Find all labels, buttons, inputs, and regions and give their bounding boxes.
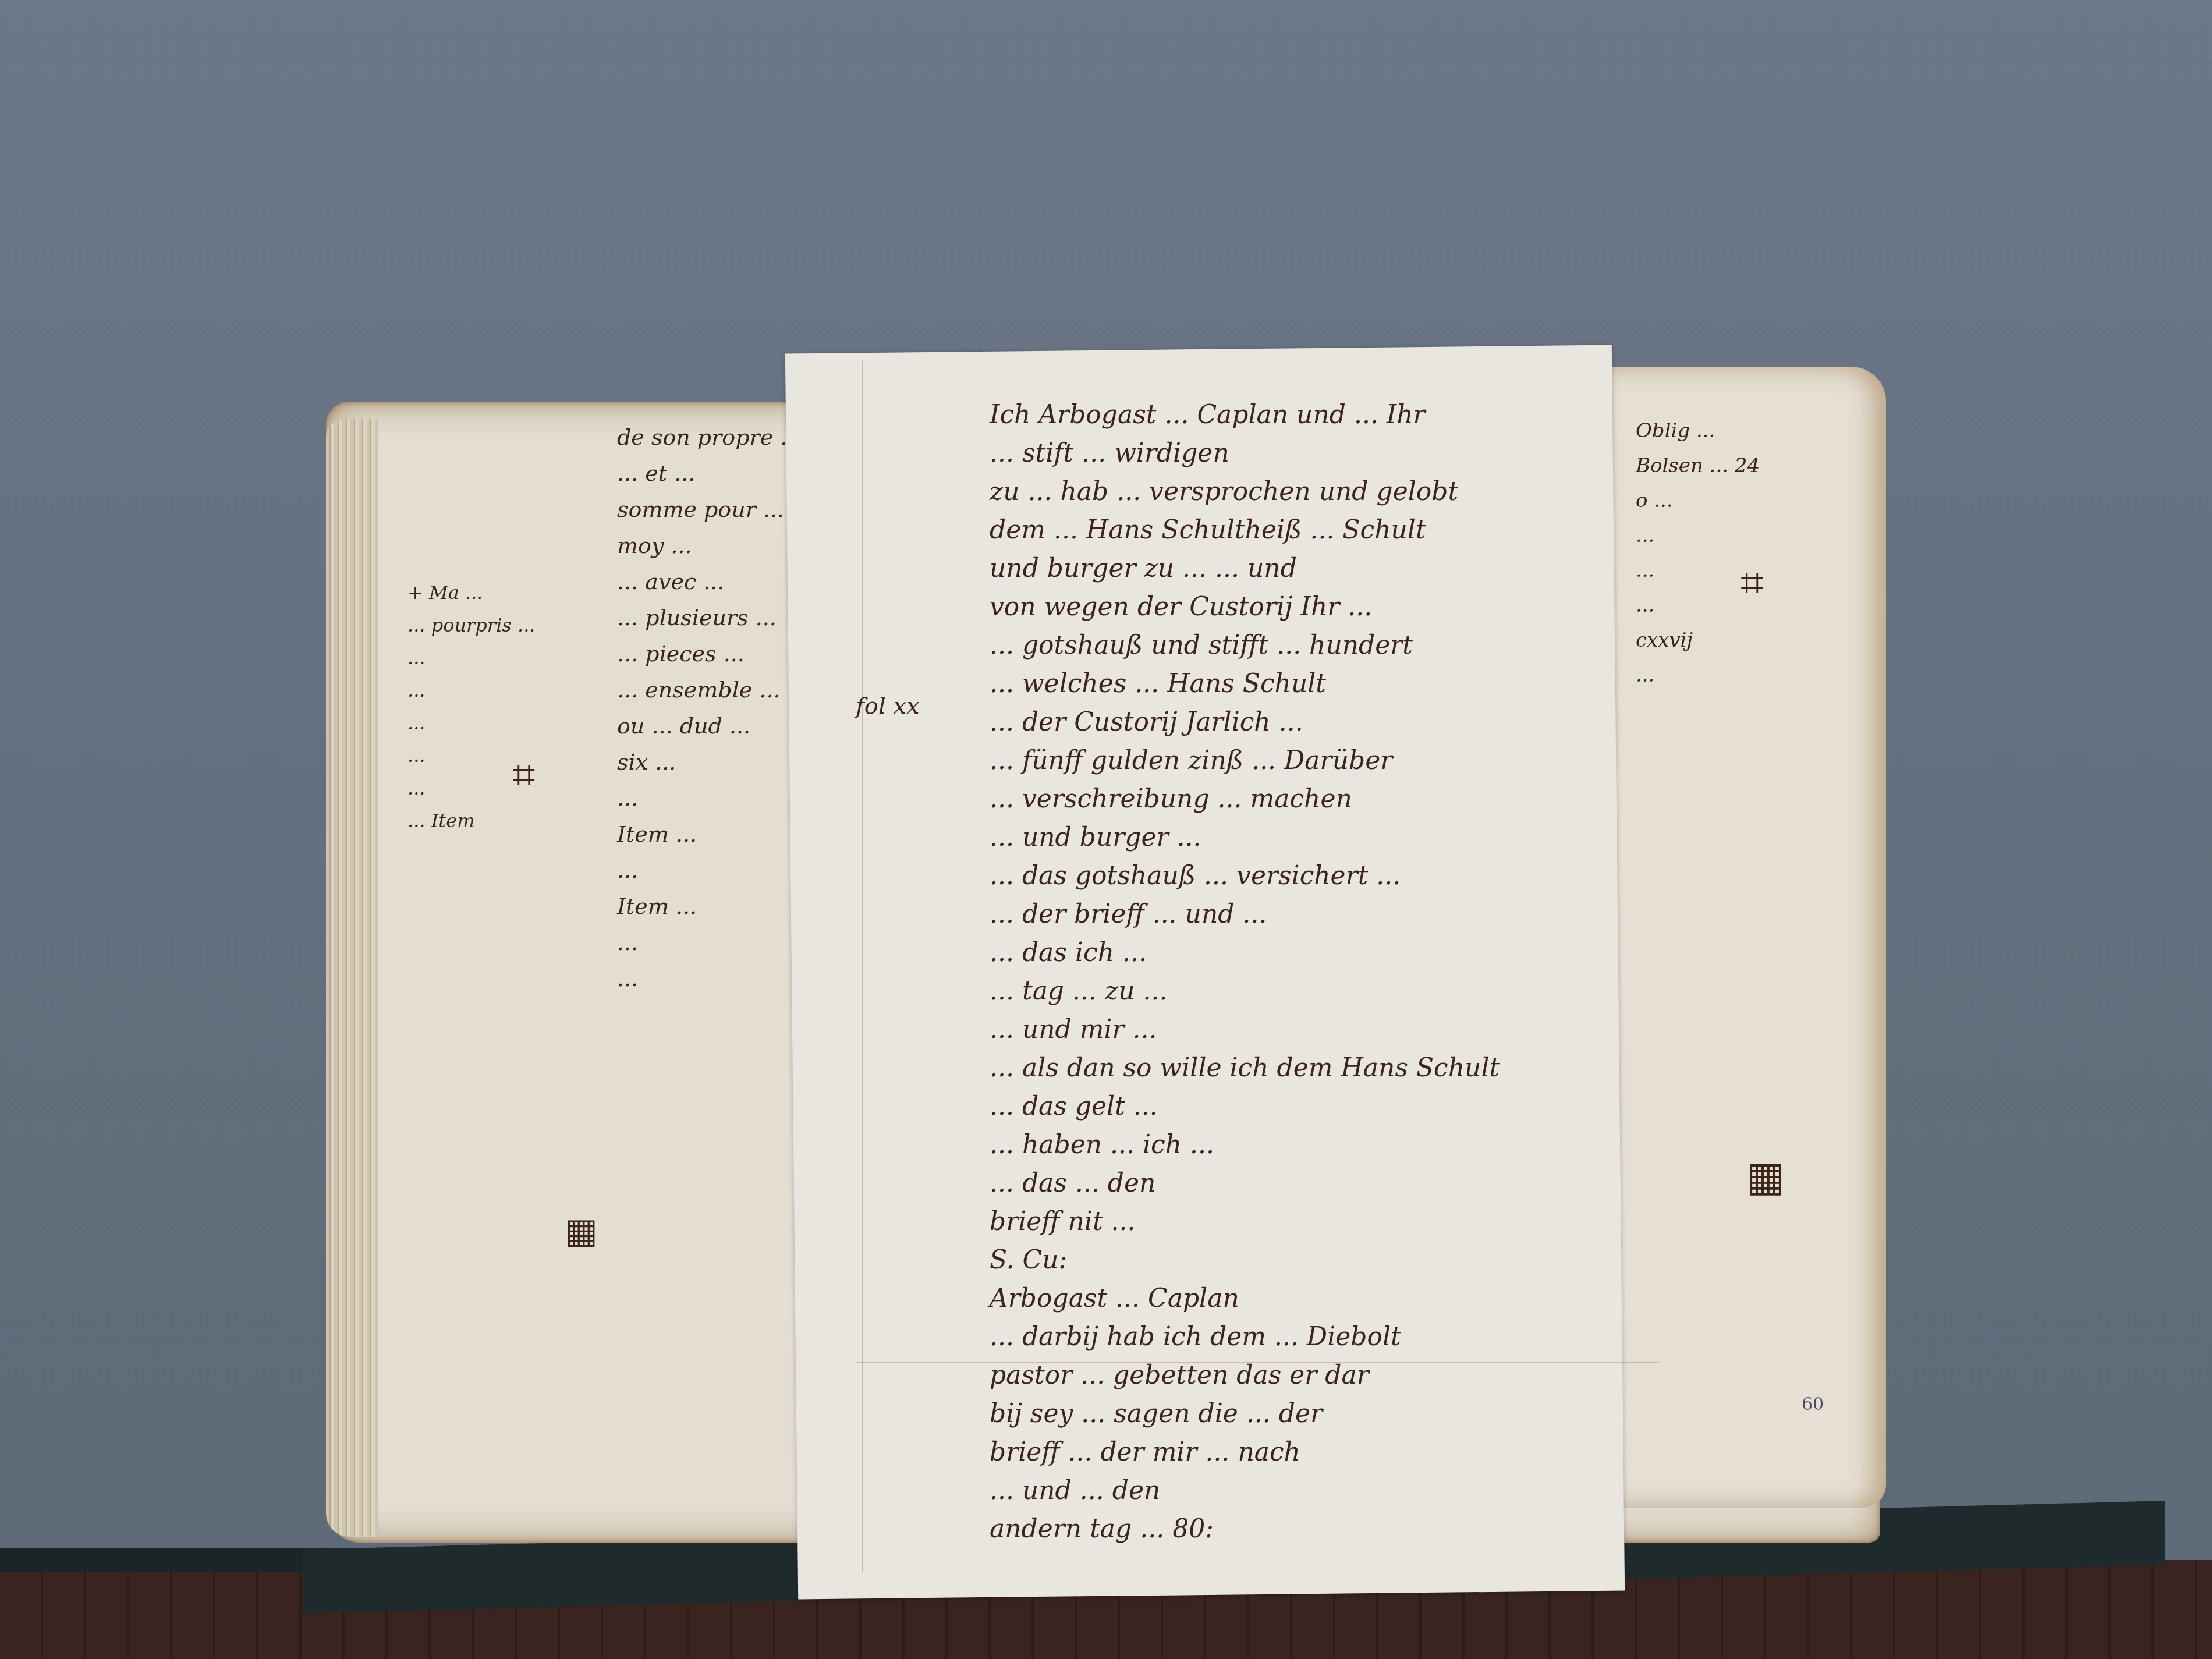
text-line: ... das ich ... xyxy=(990,934,1500,972)
text-line: Oblig ... xyxy=(1636,413,1760,448)
text-line: ... fünff gulden zinß ... Darüber xyxy=(990,742,1500,780)
text-line: ... et ... xyxy=(617,455,802,491)
text-line: ... avec ... xyxy=(617,563,802,600)
letter-fold-vertical xyxy=(862,361,863,1572)
text-line: ... das ... den xyxy=(990,1164,1500,1203)
notary-mark-left-bottom: ▦ xyxy=(565,1211,598,1252)
text-line: moy ... xyxy=(617,527,802,563)
text-line: Item ... xyxy=(617,816,802,852)
text-line: ... stift ... wirdigen xyxy=(990,434,1500,473)
notary-mark-right-bottom: ▦ xyxy=(1746,1153,1785,1200)
text-line: + Ma ... xyxy=(407,576,535,609)
text-line: ... plusieurs ... xyxy=(617,600,802,636)
text-line: andern tag ... 80: xyxy=(990,1510,1500,1548)
letter-margin-note: fol xx xyxy=(856,693,920,719)
text-line: six ... xyxy=(617,744,802,780)
text-line: ... xyxy=(617,780,802,816)
text-line: pastor ... gebetten das er dar xyxy=(990,1356,1500,1395)
text-line: bij sey ... sagen die ... der xyxy=(990,1395,1500,1433)
text-line: ... tag ... zu ... xyxy=(990,972,1500,1011)
text-line: und burger zu ... ... und xyxy=(990,550,1500,588)
text-line: brieff nit ... xyxy=(990,1203,1500,1241)
left-page-text: de son propre ...... et ...somme pour ..… xyxy=(617,419,802,997)
text-line: dem ... Hans Schultheiß ... Schult xyxy=(990,511,1500,550)
text-line: ... das gotshauß ... versichert ... xyxy=(990,857,1500,895)
notary-mark-right: ⌗ xyxy=(1740,559,1763,607)
text-line: zu ... hab ... versprochen und gelobt xyxy=(990,473,1500,511)
right-page-text: Oblig ...Bolsen ... 24o ............ cxx… xyxy=(1636,413,1760,693)
text-line: ... xyxy=(1636,658,1760,693)
text-line: ... haben ... ich ... xyxy=(990,1126,1500,1164)
text-line: ... welches ... Hans Schult xyxy=(990,665,1500,703)
text-line: ... Item xyxy=(407,804,535,837)
text-line: ... pourpris ... xyxy=(407,609,535,641)
text-line: ... xyxy=(617,960,802,997)
text-line: ... ensemble ... xyxy=(617,672,802,708)
text-line: Ich Arbogast ... Caplan und ... Ihr xyxy=(990,396,1500,434)
text-line: Arbogast ... Caplan xyxy=(990,1279,1500,1318)
text-line: ... gotshauß und stifft ... hundert xyxy=(990,626,1500,665)
text-line: ... darbij hab ich dem ... Diebolt xyxy=(990,1318,1500,1356)
text-line: somme pour ... xyxy=(617,491,802,527)
page-edges xyxy=(326,419,378,1537)
text-line: ... und burger ... xyxy=(990,818,1500,857)
text-line: ... das gelt ... xyxy=(990,1087,1500,1126)
text-line: ... der brieff ... und ... xyxy=(990,895,1500,934)
letter-text: Ich Arbogast ... Caplan und ... Ihr... s… xyxy=(990,396,1500,1548)
text-line: ... xyxy=(1636,518,1760,553)
text-line: ... der Custorij Jarlich ... xyxy=(990,703,1500,742)
text-line: o ... xyxy=(1636,483,1760,518)
text-line: brieff ... der mir ... nach xyxy=(990,1433,1500,1472)
text-line: S. Cu: xyxy=(990,1241,1500,1279)
text-line: von wegen der Custorij Ihr ... xyxy=(990,588,1500,626)
text-line: ... als dan so wille ich dem Hans Schult xyxy=(990,1049,1500,1087)
folio-number: 60 xyxy=(1802,1394,1824,1415)
text-line: ... xyxy=(617,852,802,888)
text-line: ... xyxy=(617,924,802,960)
text-line: ... und ... den xyxy=(990,1472,1500,1510)
text-line: cxxvij xyxy=(1636,623,1760,658)
text-line: de son propre ... xyxy=(617,419,802,455)
text-line: ... verschreibung ... machen xyxy=(990,780,1500,818)
text-line: ... xyxy=(407,674,535,707)
text-line: ou ... dud ... xyxy=(617,708,802,744)
text-line: ... xyxy=(407,707,535,739)
notary-mark-left: ⌗ xyxy=(512,751,535,799)
text-line: Item ... xyxy=(617,888,802,924)
text-line: ... xyxy=(407,641,535,674)
text-line: ... pieces ... xyxy=(617,636,802,672)
text-line: Bolsen ... 24 xyxy=(1636,448,1760,483)
text-line: ... und mir ... xyxy=(990,1011,1500,1049)
